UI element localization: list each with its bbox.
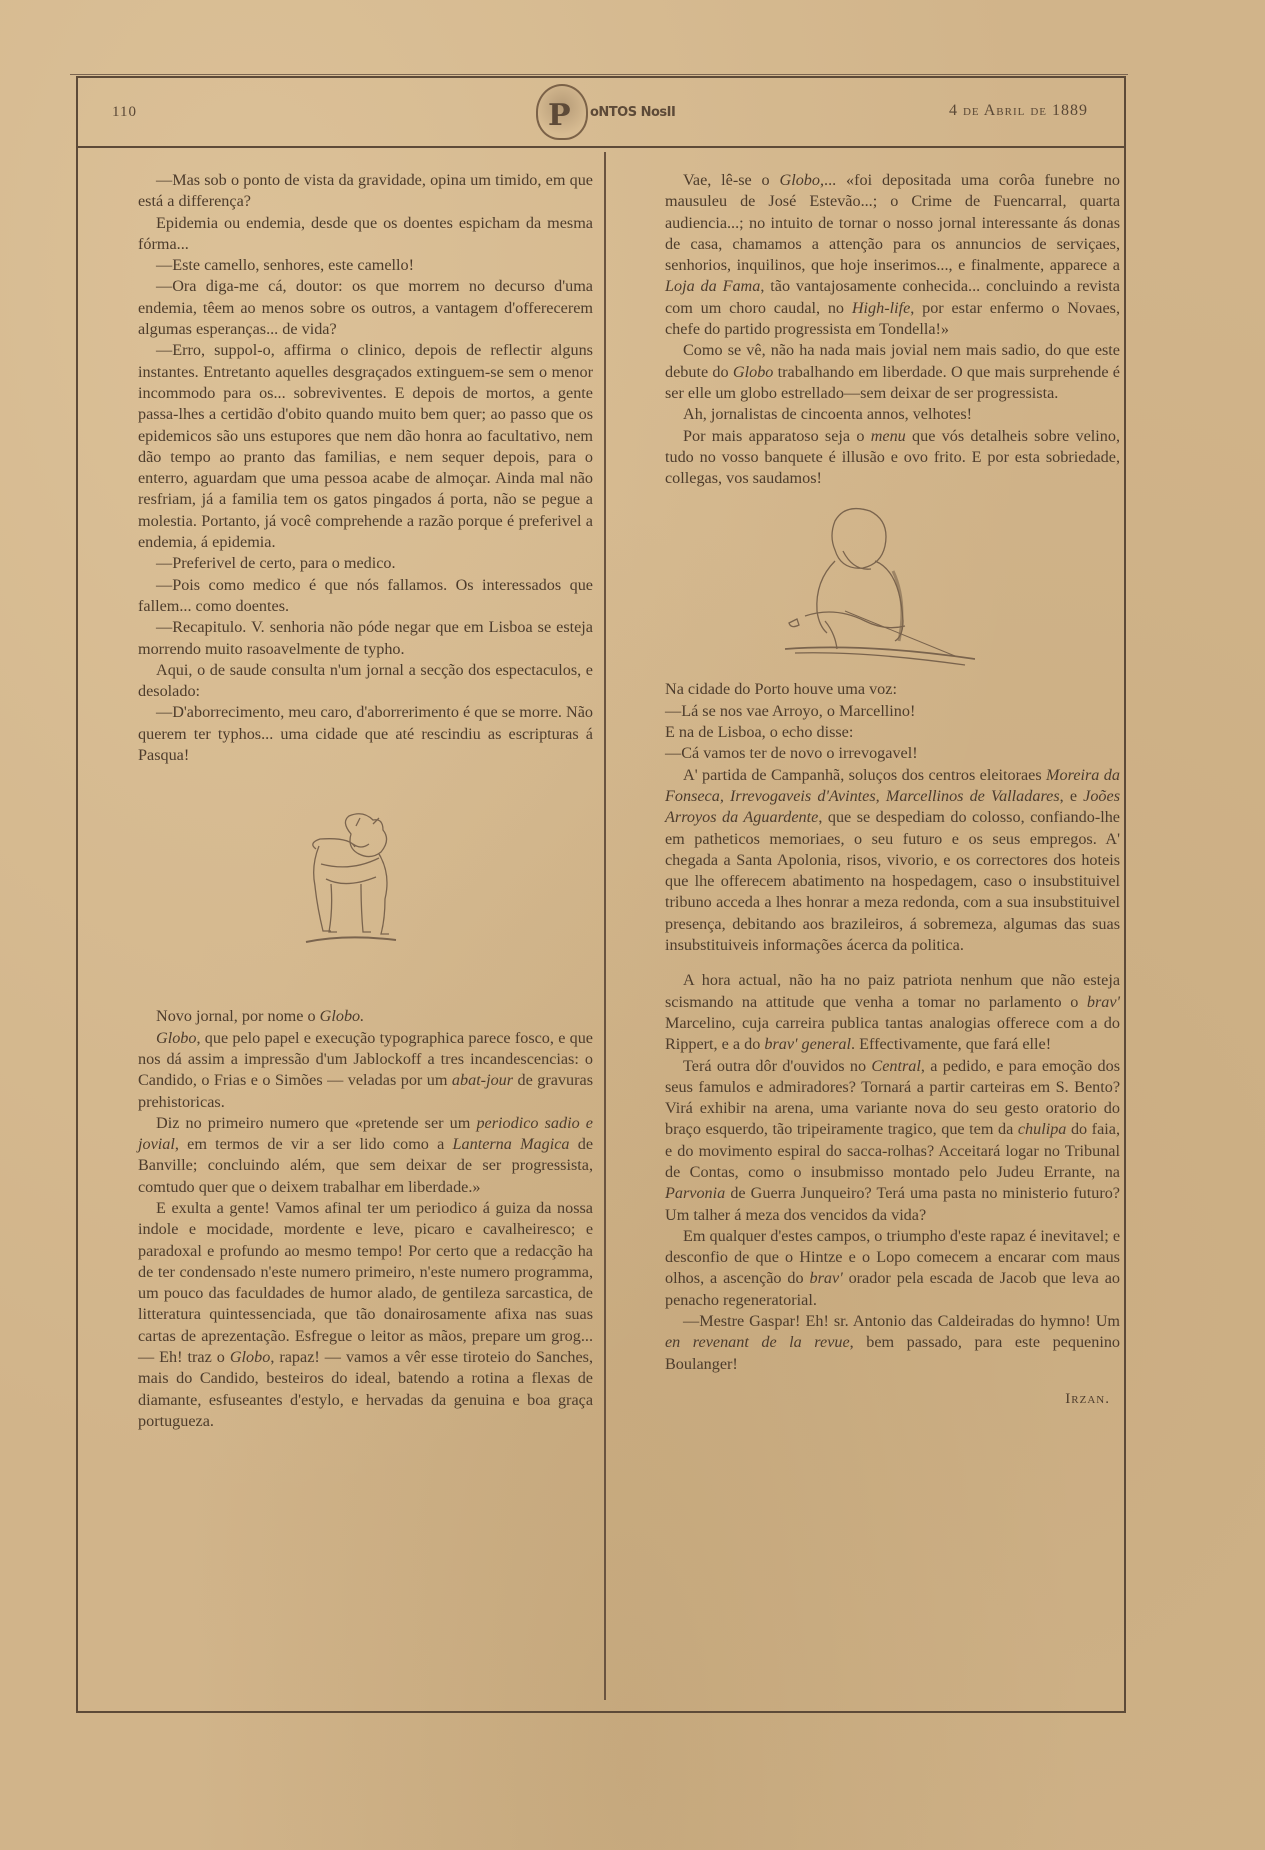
paragraph: Como se vê, não ha nada mais jovial nem … [665,340,1120,404]
paragraph: Por mais apparatoso seja o menu que vós … [665,426,1120,490]
verse-line: Na cidade do Porto houve uma voz: [665,679,1120,700]
paragraph: —Pois como medico é que nós fallamos. Os… [138,575,593,618]
paragraph: Terá outra dôr d'ouvidos no Central, a p… [665,1056,1120,1226]
paragraph: Ah, jornalistas de cincoenta annos, velh… [665,404,1120,425]
page-header: 110 P oNTOS NosII 4 de Abril de 1889 [78,78,1124,148]
column-divider [604,152,606,1700]
paragraph: —Recapitulo. V. senhoria não póde negar … [138,617,593,660]
paragraph: —Preferivel de certo, para o medico. [138,553,593,574]
paragraph: Epidemia ou endemia, desde que os doente… [138,213,593,256]
dog-illustration [291,804,441,954]
paragraph: —Ora diga-me cá, doutor: os que morrem n… [138,276,593,340]
masthead-initial: P [548,98,571,133]
paragraph: —Mestre Gaspar! Eh! sr. Antonio das Cald… [665,1311,1120,1375]
paragraph: —D'aborrecimento, meu caro, d'aborrerime… [138,702,593,766]
paragraph: Vae, lê-se o Globo,... «foi depositada u… [665,170,1120,340]
paragraph: Diz no primeiro numero que «pretende ser… [138,1113,593,1198]
masthead-title: oNTOS NosII [590,105,675,120]
paragraph: E exulta a gente! Vamos afinal ter um pe… [138,1198,593,1432]
right-column: Vae, lê-se o Globo,... «foi depositada u… [665,170,1120,1410]
paragraph: —Este camello, senhores, este camello! [138,255,593,276]
masthead-seal-icon: P [536,84,588,140]
dog-sketch-icon [291,804,441,954]
verse-line: —Cá vamos ter de novo o irrevogavel! [665,743,1120,764]
author-signature: Irzan. [665,1389,1120,1410]
page-number: 110 [112,104,137,121]
paragraph: Novo jornal, por nome o Globo. [138,1006,593,1027]
masthead: P oNTOS NosII [536,82,675,142]
verse-line: E na de Lisboa, o echo disse: [665,722,1120,743]
paragraph: A hora actual, não ha no paiz patriota n… [665,970,1120,1055]
paragraph: Globo, que pelo papel e execução typogra… [138,1028,593,1113]
paragraph: —Mas sob o ponto de vista da gravidade, … [138,170,593,213]
paragraph: Aqui, o de saude consulta n'um jornal a … [138,660,593,703]
outer-rule [70,74,1128,75]
paragraph: Em qualquer d'estes campos, o triumpho d… [665,1226,1120,1311]
seated-man-sketch-icon [775,501,975,671]
verse-line: —Lá se nos vae Arroyo, o Marcellino! [665,701,1120,722]
issue-date: 4 de Abril de 1889 [949,102,1088,120]
paragraph: A' partida de Campanhã, soluços dos cent… [665,765,1120,957]
paragraph: —Erro, suppol-o, affirma o clinico, depo… [138,340,593,553]
spacer [665,956,1120,970]
left-column: —Mas sob o ponto de vista da gravidade, … [138,170,593,1432]
seated-man-illustration [775,501,975,671]
